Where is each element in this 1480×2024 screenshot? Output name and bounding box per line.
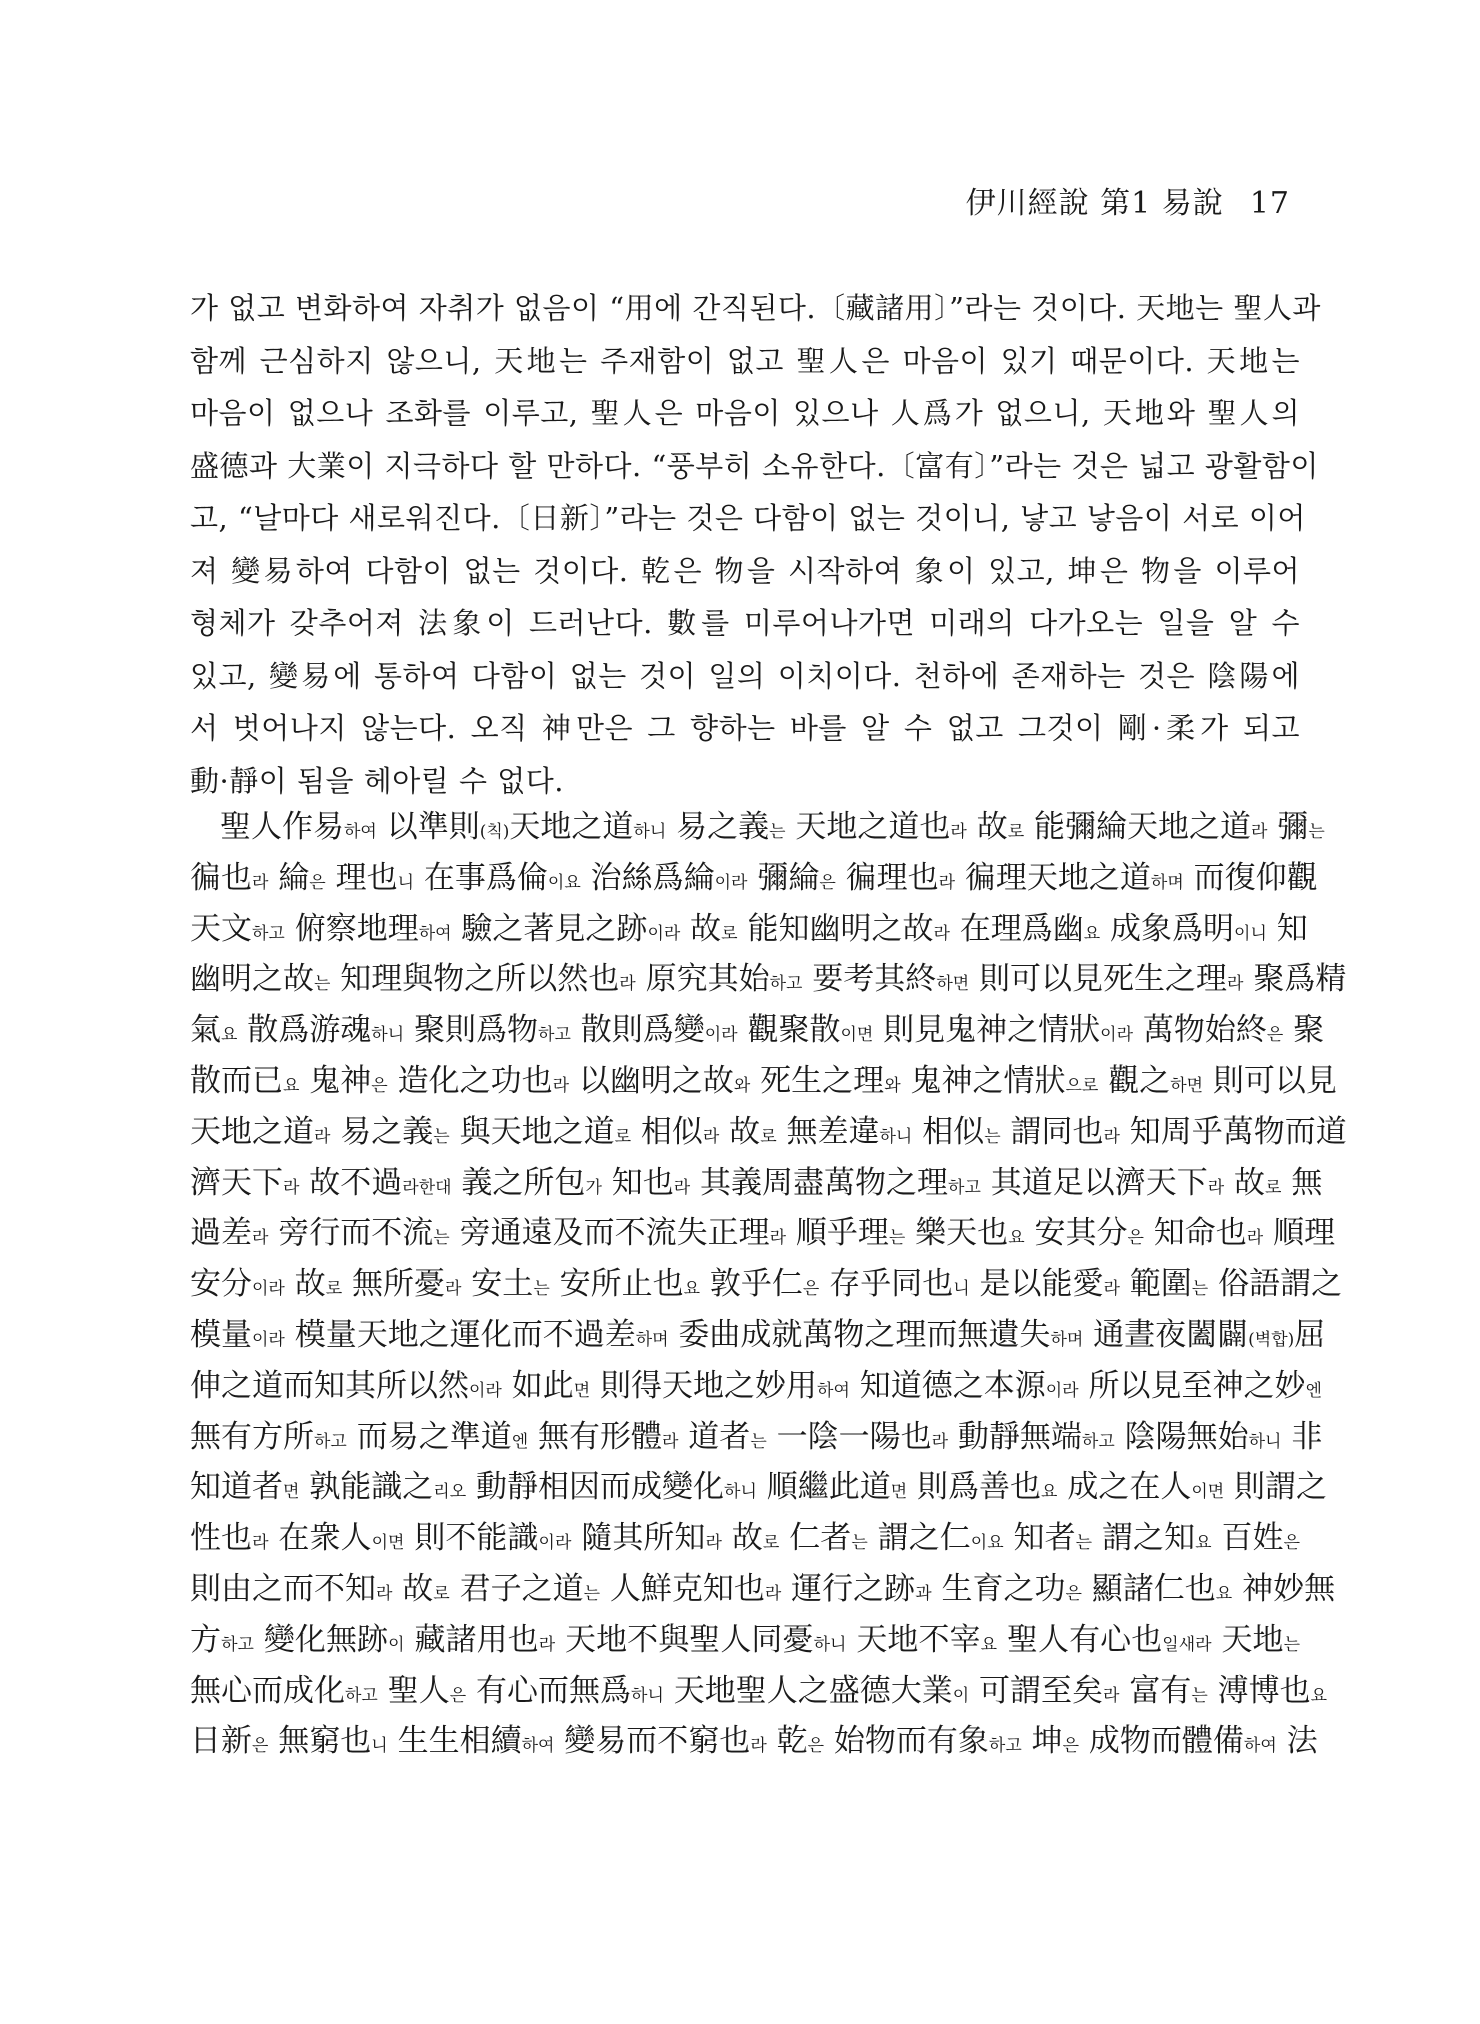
grammatical-suffix: 이 (388, 1635, 404, 1655)
grammatical-suffix: 라한대 (402, 1178, 451, 1198)
grammatical-suffix: 라 (950, 822, 966, 842)
hanja-text: 散則爲變 (571, 1012, 705, 1048)
hanja-text: 變化無跡 (254, 1622, 388, 1658)
hanja-text: 徧也 (190, 860, 252, 896)
hanja-text: 道者 (678, 1419, 750, 1455)
hanja-text: 成之在人 (1057, 1469, 1191, 1505)
grammatical-suffix: 은 (371, 1076, 387, 1096)
grammatical-suffix: 니 (953, 1279, 969, 1299)
hanja-text: 敦乎仁 (700, 1266, 803, 1302)
hanja-text: 樂天也 (905, 1215, 1008, 1251)
hanja-text: 無 (1281, 1165, 1322, 1201)
translation-line: 있고, 變易에 통하여 다함이 없는 것이 일의 이치이다. 천하에 존재하는 … (190, 650, 1300, 703)
hanja-text: 如此 (502, 1368, 574, 1404)
grammatical-suffix: 하고 (948, 1178, 981, 1198)
grammatical-suffix: 요 (1311, 1686, 1327, 1706)
hanja-text: 屈 (1294, 1317, 1325, 1353)
grammatical-suffix: 니 (371, 1736, 387, 1756)
hanja-text: 知者 (1004, 1520, 1076, 1556)
grammatical-suffix: 요 (1195, 1533, 1211, 1553)
original-text-line: 無有方所하고 而易之準道엔 無有形體라 道者는 一陰一陽也라 動靜無端하고 陰陽… (190, 1412, 1300, 1463)
grammatical-suffix: 엔 (1305, 1381, 1321, 1401)
grammatical-suffix: 이라 (1046, 1381, 1079, 1401)
grammatical-suffix: 는 (750, 1432, 766, 1452)
grammatical-suffix: 하여 (522, 1736, 555, 1756)
hanja-text: 溥博也 (1208, 1673, 1311, 1709)
hanja-text: 聖人作易 (220, 809, 344, 845)
grammatical-suffix: 하며 (1151, 873, 1184, 893)
translation-line: 마음이 없으나 조화를 이루고, 聖人은 마음이 있으나 人爲가 없으니, 天地… (190, 387, 1300, 440)
grammatical-suffix: 는 (984, 1127, 1000, 1147)
hanja-text: 相似 (631, 1114, 703, 1150)
hanja-text: 運行之跡 (781, 1571, 915, 1607)
hanja-text: 俗語謂之 (1208, 1266, 1342, 1302)
hanja-text: 氣 (190, 1012, 221, 1048)
grammatical-suffix: 요 (1216, 1584, 1232, 1604)
grammatical-suffix: 하면 (936, 974, 969, 994)
hanja-text: 萬物始終 (1133, 1012, 1267, 1048)
hanja-text: 神妙無 (1232, 1571, 1335, 1607)
grammatical-suffix: 은 (252, 1736, 268, 1756)
hanja-text: 故 (680, 911, 721, 947)
book-page: 伊川經說 第1 易說17 가 없고 변화하여 자취가 없음이 “用에 간직된다.… (0, 0, 1480, 2024)
grammatical-suffix: 이면 (372, 1533, 405, 1553)
grammatical-suffix: 라 (445, 1279, 461, 1299)
hanja-text: 天地之道 (509, 809, 633, 845)
hanja-text: 徧理也 (836, 860, 939, 896)
grammatical-suffix: 라 (1227, 974, 1243, 994)
original-text-line: 伸之道而知其所以然이라 如此면 則得天地之妙用하여 知道德之本源이라 所以見至神… (190, 1361, 1300, 1412)
hanja-text: 驗之著見之跡 (452, 911, 648, 947)
grammatical-suffix: 하고 (770, 974, 803, 994)
grammatical-suffix: 과 (915, 1584, 931, 1604)
original-text-line: 天地之道라 易之義는 與天地之道로 相似라 故로 無差違하니 相似는 謂同也라 … (190, 1107, 1300, 1158)
hanja-text: 天地不宰 (846, 1622, 980, 1658)
grammatical-suffix: 이면 (840, 1025, 873, 1045)
hanja-text: 能知幽明之故 (738, 911, 934, 947)
grammatical-suffix: 은 (1127, 1228, 1143, 1248)
grammatical-suffix: 하니 (631, 1686, 664, 1706)
hanja-text: 人鮮克知也 (600, 1571, 765, 1607)
hanja-text: 故不過 (299, 1165, 402, 1201)
grammatical-suffix: 하고 (221, 1635, 254, 1655)
grammatical-suffix: 요 (283, 1076, 299, 1096)
grammatical-suffix: 라 (662, 1432, 678, 1452)
hanja-text: 順乎理 (786, 1215, 889, 1251)
hanja-text: 無差違 (777, 1114, 880, 1150)
hanja-text: 謂同也 (1001, 1114, 1104, 1150)
grammatical-suffix: 하니 (371, 1025, 404, 1045)
grammatical-suffix: (칙) (480, 822, 510, 842)
hanja-text: 彌綸 (747, 860, 819, 896)
hanja-text: 易之義 (666, 809, 769, 845)
hanja-text: 無所憂 (342, 1266, 445, 1302)
grammatical-suffix: 요 (684, 1279, 700, 1299)
original-text-line: 則由之而不知라 故로 君子之道는 人鮮克知也라 運行之跡과 生育之功은 顯諸仁也… (190, 1564, 1300, 1615)
korean-translation-paragraph: 가 없고 변화하여 자취가 없음이 “用에 간직된다.〔藏諸用〕”라는 것이다.… (190, 282, 1300, 807)
hanja-text: 謂之仁 (868, 1520, 971, 1556)
original-text-line: 徧也라 綸은 理也니 在事爲倫이요 治絲爲綸이라 彌綸은 徧理也라 徧理天地之道… (190, 853, 1300, 904)
grammatical-suffix: 하니 (814, 1635, 847, 1655)
hanja-text: 而易之準道 (347, 1419, 512, 1455)
grammatical-suffix: 는 (1308, 822, 1324, 842)
hanja-text: 天地之道 (190, 1114, 314, 1150)
grammatical-suffix: 이라 (647, 924, 680, 944)
grammatical-suffix: 요 (981, 1635, 997, 1655)
hanja-text: 變易而不窮也 (554, 1723, 750, 1759)
hanja-text: 顯諸仁也 (1082, 1571, 1216, 1607)
hanja-text: 謂之知 (1092, 1520, 1195, 1556)
hanja-text: 在事爲倫 (414, 860, 548, 896)
hanja-text: 則得天地之妙用 (590, 1368, 817, 1404)
grammatical-suffix: 요 (221, 1025, 237, 1045)
grammatical-suffix: 이라 (1100, 1025, 1133, 1045)
hanja-text: 故 (392, 1571, 433, 1607)
grammatical-suffix: 은 (1063, 1736, 1079, 1756)
hanja-text: 藏諸用也 (405, 1622, 539, 1658)
hanja-text: 造化之功也 (388, 1063, 553, 1099)
original-text-line: 模量이라 模量天地之運化而不過差하며 委曲成就萬物之理而無遺失하며 通晝夜闔闢(… (190, 1310, 1300, 1361)
hanja-text: 乾 (767, 1723, 808, 1759)
hanja-text: 委曲成就萬物之理而無遺失 (669, 1317, 1051, 1353)
grammatical-suffix: 으로 (1065, 1076, 1098, 1096)
translation-line: 함께 근심하지 않으니, 天地는 주재함이 없고 聖人은 마음이 있기 때문이다… (190, 335, 1300, 388)
grammatical-suffix: 은 (309, 873, 325, 893)
hanja-text: 是以能愛 (970, 1266, 1104, 1302)
hanja-text: 仁者 (779, 1520, 851, 1556)
hanja-text: 法 (1277, 1723, 1318, 1759)
hanja-text: 故 (285, 1266, 326, 1302)
grammatical-suffix: 하며 (1050, 1330, 1083, 1350)
grammatical-suffix: 라 (770, 1228, 786, 1248)
hanja-text: 其道足以濟天下 (981, 1165, 1208, 1201)
grammatical-suffix: 는 (1191, 1686, 1207, 1706)
grammatical-suffix: 리오 (433, 1482, 466, 1502)
hanja-text: 富有 (1119, 1673, 1191, 1709)
hanja-text: 成象爲明 (1100, 911, 1234, 947)
hanja-text: 要考其終 (802, 961, 936, 997)
original-text-line: 氣요 散爲游魂하니 聚則爲物하고 散則爲變이라 觀聚散이면 則見鬼神之情狀이라 … (190, 1005, 1300, 1056)
grammatical-suffix: 하니 (879, 1127, 912, 1147)
running-header: 伊川經說 第1 易說17 (966, 178, 1290, 222)
hanja-text: 動靜無端 (948, 1419, 1082, 1455)
grammatical-suffix: 라 (932, 1432, 948, 1452)
original-text-line: 過差라 旁行而不流는 旁通遠及而不流失正理라 順乎理는 樂天也요 安其分은 知命… (190, 1208, 1300, 1259)
translation-line: 고, “날마다 새로워진다.〔日新〕”라는 것은 다함이 없는 것이니, 낳고 … (190, 492, 1300, 545)
grammatical-suffix: 라 (765, 1584, 781, 1604)
grammatical-suffix: 은 (803, 1279, 819, 1299)
hanja-text: 坤 (1022, 1723, 1063, 1759)
grammatical-suffix: 하며 (636, 1330, 669, 1350)
grammatical-suffix: 라 (376, 1584, 392, 1604)
translation-line: 盛德과 大業이 지극하다 할 만하다. “풍부히 소유한다.〔富有〕”라는 것은… (190, 440, 1300, 493)
grammatical-suffix: 이면 (1191, 1482, 1224, 1502)
header-title: 伊川經說 第1 易說 (966, 186, 1224, 221)
original-text-line: 方하고 變化無跡이 藏諸用也라 天地不與聖人同憂하니 天地不宰요 聖人有心也일새… (190, 1615, 1300, 1666)
original-text-line: 性也라 在衆人이면 則不能識이라 隨其所知라 故로 仁者는 謂之仁이요 知者는 … (190, 1513, 1300, 1564)
hanja-text: 死生之理 (750, 1063, 884, 1099)
hanja-text: 知周乎萬物而道 (1120, 1114, 1347, 1150)
grammatical-suffix: 는 (1192, 1279, 1208, 1299)
grammatical-suffix: 요 (1008, 1228, 1024, 1248)
hanja-text: 與天地之道 (450, 1114, 615, 1150)
grammatical-suffix: 이라 (469, 1381, 502, 1401)
grammatical-suffix: 는 (314, 974, 330, 994)
grammatical-suffix: 하여 (817, 1381, 850, 1401)
hanja-text: 順理 (1263, 1215, 1335, 1251)
hanja-text: 鬼神 (299, 1063, 371, 1099)
hanja-text: 故 (722, 1520, 763, 1556)
translation-line: 져 變易하여 다함이 없는 것이다. 乾은 物을 시작하여 象이 있고, 坤은 … (190, 545, 1300, 598)
hanja-text: 模量天地之運化而不過差 (285, 1317, 636, 1353)
grammatical-suffix: 로 (615, 1127, 631, 1147)
grammatical-suffix: 라 (750, 1736, 766, 1756)
grammatical-suffix: 라 (252, 873, 268, 893)
grammatical-suffix: 엔 (512, 1432, 528, 1452)
page-number: 17 (1250, 186, 1290, 221)
grammatical-suffix: 하고 (345, 1686, 378, 1706)
grammatical-suffix: 와 (884, 1076, 900, 1096)
hanja-text: 聚 (1283, 1012, 1324, 1048)
grammatical-suffix: 는 (769, 822, 785, 842)
hanja-text: 無有形體 (528, 1419, 662, 1455)
hanja-text: 君子之道 (450, 1571, 584, 1607)
hanja-text: 徧理天地之道 (955, 860, 1151, 896)
hanja-text: 所以見至神之妙 (1079, 1368, 1306, 1404)
grammatical-suffix: 라 (674, 1178, 690, 1198)
grammatical-suffix: 하니 (1249, 1432, 1282, 1452)
grammatical-suffix: 와 (734, 1076, 750, 1096)
grammatical-suffix: 라 (1103, 1686, 1119, 1706)
hanja-text: 則見鬼神之情狀 (873, 1012, 1100, 1048)
hanja-text: 孰能識之 (299, 1469, 433, 1505)
grammatical-suffix: 하여 (344, 822, 377, 842)
grammatical-suffix: 가 (585, 1178, 601, 1198)
grammatical-suffix: 이라 (252, 1279, 285, 1299)
grammatical-suffix: 라 (252, 1533, 268, 1553)
hanja-text: 無窮也 (268, 1723, 371, 1759)
grammatical-suffix: 이니 (1234, 924, 1267, 944)
grammatical-suffix: 라 (933, 924, 949, 944)
hanja-text: 安土 (461, 1266, 533, 1302)
translation-line: 형체가 갖추어져 法象이 드러난다. 數를 미루어나가면 미래의 다가오는 일을… (190, 597, 1300, 650)
original-text-line: 安分이라 故로 無所憂라 安土는 安所止也요 敦乎仁은 存乎同也니 是以能愛라 … (190, 1259, 1300, 1310)
grammatical-suffix: 는 (1284, 1635, 1300, 1655)
grammatical-suffix: 는 (584, 1584, 600, 1604)
hanja-text: 聖人有心也 (997, 1622, 1162, 1658)
hanja-text: 模量 (190, 1317, 252, 1353)
hanja-text: 天地之道也 (786, 809, 951, 845)
grammatical-suffix: 일새라 (1162, 1635, 1211, 1655)
grammatical-suffix: 라 (705, 1533, 721, 1553)
hanja-text: 在理爲幽 (950, 911, 1084, 947)
hanja-text: 動靜相因而成變化 (466, 1469, 724, 1505)
hanja-text: 生生相續 (388, 1723, 522, 1759)
hanja-text: 知理與物之所以然也 (330, 961, 619, 997)
grammatical-suffix: 라 (1208, 1178, 1224, 1198)
hanja-text: 俯察地理 (285, 911, 419, 947)
hanja-text: 相似 (912, 1114, 984, 1150)
original-text-line: 無心而成化하고 聖人은 有心而無爲하니 天地聖人之盛德大業이 可謂至矣라 富有는… (190, 1666, 1300, 1717)
hanja-text: 隨其所知 (571, 1520, 705, 1556)
grammatical-suffix: 은 (819, 873, 835, 893)
original-text-line: 日新은 無窮也니 生生相續하여 變易而不窮也라 乾은 始物而有象하고 坤은 成物… (190, 1716, 1300, 1767)
hanja-text: 通晝夜闔闢 (1083, 1317, 1248, 1353)
grammatical-suffix: 하고 (538, 1025, 571, 1045)
grammatical-suffix: 는 (433, 1127, 449, 1147)
hanja-text: 知也 (602, 1165, 674, 1201)
hanja-text: 聚爲精 (1243, 961, 1346, 997)
grammatical-suffix: 로 (721, 924, 737, 944)
hanja-text: 知命也 (1144, 1215, 1247, 1251)
hanja-text: 順繼此道 (757, 1469, 891, 1505)
grammatical-suffix: 니 (398, 873, 414, 893)
grammatical-suffix: 로 (433, 1584, 449, 1604)
hanja-text: 則由之而不知 (190, 1571, 376, 1607)
hanja-text: 知道者 (190, 1469, 283, 1505)
grammatical-suffix: 라 (314, 1127, 330, 1147)
grammatical-suffix: 이라 (252, 1330, 285, 1350)
grammatical-suffix: 는 (533, 1279, 549, 1299)
hanja-text: 以幽明之故 (569, 1063, 734, 1099)
hanja-text: 彌 (1267, 809, 1308, 845)
hanja-text: 可謂至矣 (969, 1673, 1103, 1709)
hanja-text: 理也 (326, 860, 398, 896)
grammatical-suffix: 하고 (989, 1736, 1022, 1756)
grammatical-suffix: 이라 (715, 873, 748, 893)
grammatical-suffix: 하여 (419, 924, 452, 944)
hanja-text: 非 (1281, 1419, 1322, 1455)
grammatical-suffix: 은 (450, 1686, 466, 1706)
grammatical-suffix: 라 (283, 1178, 299, 1198)
grammatical-suffix: 라 (539, 1635, 555, 1655)
hanja-text: 聖人 (378, 1673, 450, 1709)
grammatical-suffix: 하고 (314, 1432, 347, 1452)
hanja-text: 能彌綸天地之道 (1024, 809, 1251, 845)
hanja-text: 原究其始 (636, 961, 770, 997)
hanja-text: 則可以見 (1203, 1063, 1337, 1099)
hanja-text: 日新 (190, 1723, 252, 1759)
grammatical-suffix: 면 (574, 1381, 590, 1401)
translation-line: 動·靜이 됨을 헤아릴 수 없다. (190, 755, 1300, 808)
grammatical-suffix: 라 (1251, 822, 1267, 842)
hanja-text: 天地不與聖人同憂 (555, 1622, 813, 1658)
grammatical-suffix: 은 (1284, 1533, 1300, 1553)
hanja-text: 知 (1267, 911, 1308, 947)
hanja-text: 無有方所 (190, 1419, 314, 1455)
grammatical-suffix: 라 (703, 1127, 719, 1147)
hanja-text: 無心而成化 (190, 1673, 345, 1709)
original-text-line: 幽明之故는 知理與物之所以然也라 原究其始하고 要考其終하면 則可以見死生之理라… (190, 954, 1300, 1005)
hanja-text: 而復仰觀 (1184, 860, 1318, 896)
original-text-line: 聖人作易하여 以準則(칙)天地之道하니 易之義는 天地之道也라 故로 能彌綸天地… (190, 802, 1300, 853)
hanja-text: 故 (1224, 1165, 1265, 1201)
hanja-text: 旁行而不流 (268, 1215, 433, 1251)
hanja-text: 觀之 (1098, 1063, 1170, 1099)
grammatical-suffix: 라 (619, 974, 635, 994)
hanja-text: 故 (719, 1114, 760, 1150)
grammatical-suffix: 라 (553, 1076, 569, 1096)
hanja-text: 方 (190, 1622, 221, 1658)
hanja-text: 幽明之故 (190, 961, 314, 997)
hanja-text: 散而已 (190, 1063, 283, 1099)
hanja-text: 濟天下 (190, 1165, 283, 1201)
hanja-text: 鬼神之情狀 (901, 1063, 1066, 1099)
grammatical-suffix: 는 (851, 1533, 867, 1553)
grammatical-suffix: 이라 (705, 1025, 738, 1045)
original-text-line: 天文하고 俯察地理하여 驗之著見之跡이라 故로 能知幽明之故라 在理爲幽요 成象… (190, 904, 1300, 955)
grammatical-suffix: 요 (1041, 1482, 1057, 1502)
grammatical-suffix: 은 (808, 1736, 824, 1756)
hanja-text: 安其分 (1025, 1215, 1128, 1251)
hanja-text: 伸之道而知其所以然 (190, 1368, 469, 1404)
grammatical-suffix: 은 (1267, 1025, 1283, 1045)
hanja-text: 安所止也 (550, 1266, 684, 1302)
hanja-text: 知道德之本源 (850, 1368, 1046, 1404)
grammatical-suffix: 하면 (1170, 1076, 1203, 1096)
hanja-text: 天地 (1212, 1622, 1284, 1658)
hanja-text: 百姓 (1212, 1520, 1284, 1556)
grammatical-suffix: 하고 (252, 924, 285, 944)
grammatical-suffix: 요 (1084, 924, 1100, 944)
original-text-line: 知道者면 孰能識之리오 動靜相因而成變化하니 順繼此道면 則爲善也요 成之在人이… (190, 1462, 1300, 1513)
hanja-text: 天地聖人之盛德大業 (664, 1673, 953, 1709)
hanja-text: 義之所包 (452, 1165, 586, 1201)
hanja-text: 觀聚散 (738, 1012, 841, 1048)
hanja-text: 存乎同也 (819, 1266, 953, 1302)
grammatical-suffix: 이요 (548, 873, 581, 893)
hanja-text: 則可以見死生之理 (969, 961, 1227, 997)
hanja-text: 性也 (190, 1520, 252, 1556)
hanja-text: 治絲爲綸 (581, 860, 715, 896)
hanja-text: 聚則爲物 (404, 1012, 538, 1048)
grammatical-suffix: 로 (326, 1279, 342, 1299)
hanja-text: 則不能識 (404, 1520, 538, 1556)
hanja-text: 有心而無爲 (466, 1673, 631, 1709)
grammatical-suffix: 이요 (971, 1533, 1004, 1553)
grammatical-suffix: 하니 (724, 1482, 757, 1502)
hanja-text: 天文 (190, 911, 252, 947)
grammatical-suffix: 라 (939, 873, 955, 893)
grammatical-suffix: 하니 (633, 822, 666, 842)
translation-line: 서 벗어나지 않는다. 오직 神만은 그 향하는 바를 알 수 없고 그것이 剛… (190, 702, 1300, 755)
grammatical-suffix: 면 (283, 1482, 299, 1502)
hanja-text: 故 (967, 809, 1008, 845)
grammatical-suffix: 라 (1104, 1279, 1120, 1299)
hanja-text: 始物而有象 (824, 1723, 989, 1759)
grammatical-suffix: 라 (1104, 1127, 1120, 1147)
grammatical-suffix: 는 (889, 1228, 905, 1248)
hanja-text: 範圍 (1120, 1266, 1192, 1302)
hanja-text: 易之義 (330, 1114, 433, 1150)
grammatical-suffix: 로 (763, 1533, 779, 1553)
classical-chinese-passage: 聖人作易하여 以準則(칙)天地之道하니 易之義는 天地之道也라 故로 能彌綸天地… (190, 802, 1300, 1767)
hanja-text: 一陰一陽也 (767, 1419, 932, 1455)
grammatical-suffix: 은 (1065, 1584, 1081, 1604)
hanja-text: 綸 (268, 860, 309, 896)
grammatical-suffix: 이 (953, 1686, 969, 1706)
grammatical-suffix: 이라 (539, 1533, 572, 1553)
hanja-text: 其義周盡萬物之理 (690, 1165, 948, 1201)
hanja-text: 生育之功 (932, 1571, 1066, 1607)
hanja-text: 成物而體備 (1079, 1723, 1244, 1759)
grammatical-suffix: 하여 (1244, 1736, 1277, 1756)
hanja-text: 以準則 (377, 809, 480, 845)
grammatical-suffix: 로 (1008, 822, 1024, 842)
grammatical-suffix: 면 (891, 1482, 907, 1502)
grammatical-suffix: 로 (1265, 1178, 1281, 1198)
hanja-text: 散爲游魂 (237, 1012, 371, 1048)
